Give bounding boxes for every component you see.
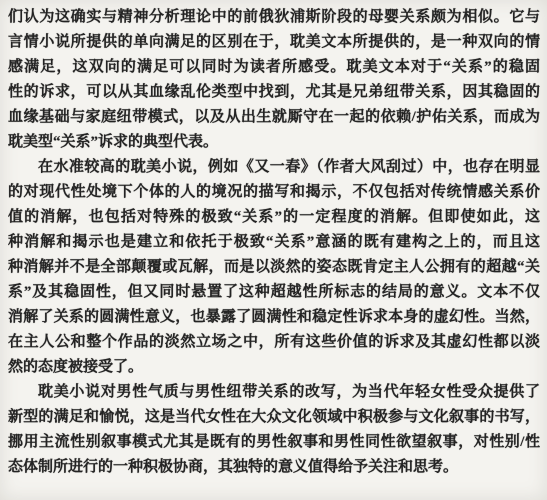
text-line: 然的态度被接受了。 — [8, 355, 540, 380]
text-line: 种消解并不是全部颠覆或瓦解，而是以淡然的姿态既肯定主人公拥有的超越“关 — [8, 255, 540, 280]
paragraph-3: 耽美小说对男性气质与男性纽带关系的改写，为当代年轻女性受众提供了新型的满足和愉悦… — [8, 380, 540, 480]
text-line: 耽美型“关系”诉求的典型代表。 — [8, 130, 540, 155]
text-line: 种消解和揭示也是建立和依托于极致“关系”意涵的既有建构之上的，而且这 — [8, 230, 540, 255]
text-line: 们认为这确实与精神分析理论中的前俄狄浦斯阶段的母婴关系颇为相似。它与 — [8, 5, 540, 30]
text-line: 新型的满足和愉悦，这是当代女性在大众文化领域中积极参与文化叙事的书写， — [8, 405, 540, 430]
text-line: 在主人公和整个作品的淡然立场之中，所有这些价值的诉求及其虚幻性都以淡 — [8, 330, 540, 355]
text-line: 在水准较高的耽美小说，例如《又一春》（作者大风刮过）中，也存在明显 — [8, 155, 540, 180]
paragraph-1: 们认为这确实与精神分析理论中的前俄狄浦斯阶段的母婴关系颇为相似。它与言情小说所提… — [8, 5, 540, 155]
text-line: 血缘基础与家庭纽带模式，以及从出生就厮守在一起的依赖/护佑关系，而成为 — [8, 105, 540, 130]
text-line: 态体制所进行的一种积极协商，其独特的意义值得给予关注和思考。 — [8, 455, 540, 480]
text-line: 的对现代性处境下个体的人的境况的描写和揭示，不仅包括对传统情感关系价 — [8, 180, 540, 205]
document-page: { "page": { "background_color": "#f4f3ef… — [0, 0, 547, 500]
text-line: 消解了关系的圆满性意义，也暴露了圆满性和稳定性诉求本身的虚幻性。当然， — [8, 305, 540, 330]
text-line: 挪用主流性别叙事模式尤其是既有的男性叙事和男性同性欲望叙事，对性别/性 — [8, 430, 540, 455]
text-line: 感满足，这双向的满足可以同时为读者所感受。耽美文本对于“关系”的稳固 — [8, 55, 540, 80]
text-line: 言情小说所提供的单向满足的区别在于，耽美文本所提供的，是一种双向的情 — [8, 30, 540, 55]
text-line: 耽美小说对男性气质与男性纽带关系的改写，为当代年轻女性受众提供了 — [8, 380, 540, 405]
text-line: 值的消解，也包括对特殊的极致“关系”的一定程度的消解。但即使如此，这 — [8, 205, 540, 230]
scanned-page: 们认为这确实与精神分析理论中的前俄狄浦斯阶段的母婴关系颇为相似。它与言情小说所提… — [0, 0, 547, 500]
text-line: 性的诉求，可以从其血缘乱伦类型中找到，尤其是兄弟纽带关系，因其稳固的 — [8, 80, 540, 105]
text-line: 系”及其稳固性，但又同时悬置了这种超越性所标志的结局的意义。文本不仅 — [8, 280, 540, 305]
paragraph-2: 在水准较高的耽美小说，例如《又一春》（作者大风刮过）中，也存在明显的对现代性处境… — [8, 155, 540, 380]
